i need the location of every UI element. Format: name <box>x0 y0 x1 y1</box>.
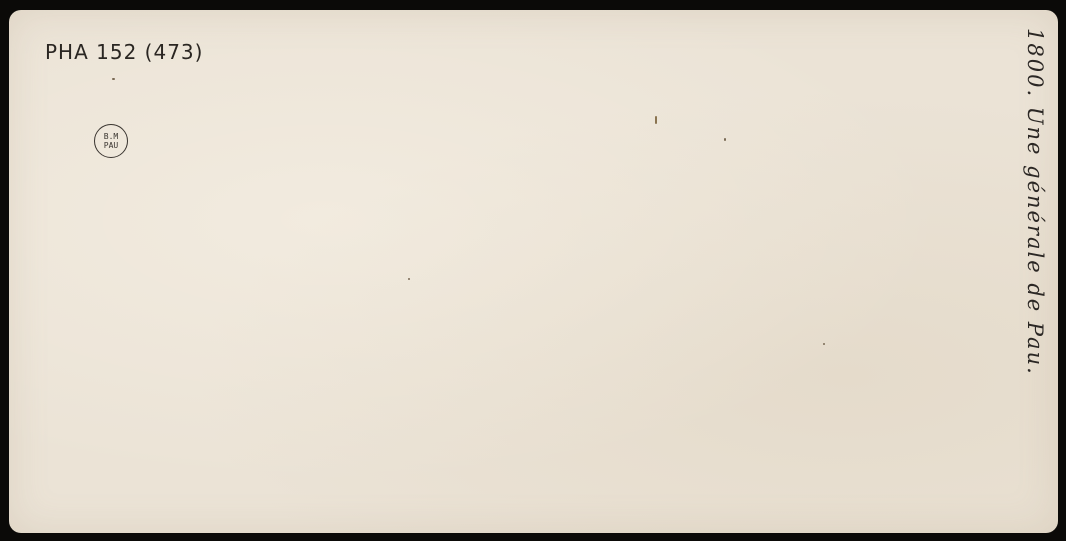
handwritten-caption: 1800. Une générale de Pau. <box>1023 28 1047 376</box>
speck-mark <box>408 278 410 280</box>
scanned-document: PHA 152 (473) B.M PAU 1800. Une générale… <box>0 0 1066 541</box>
speck-mark <box>823 343 825 345</box>
speck-mark <box>724 138 726 141</box>
card-reverse: PHA 152 (473) B.M PAU 1800. Une générale… <box>9 10 1058 533</box>
call-number: PHA 152 (473) <box>45 40 203 64</box>
speck-mark <box>655 116 657 124</box>
speck-mark <box>112 78 115 80</box>
library-stamp: B.M PAU <box>94 124 128 158</box>
stamp-line-1: B.M <box>104 132 118 141</box>
stamp-line-2: PAU <box>104 141 118 150</box>
